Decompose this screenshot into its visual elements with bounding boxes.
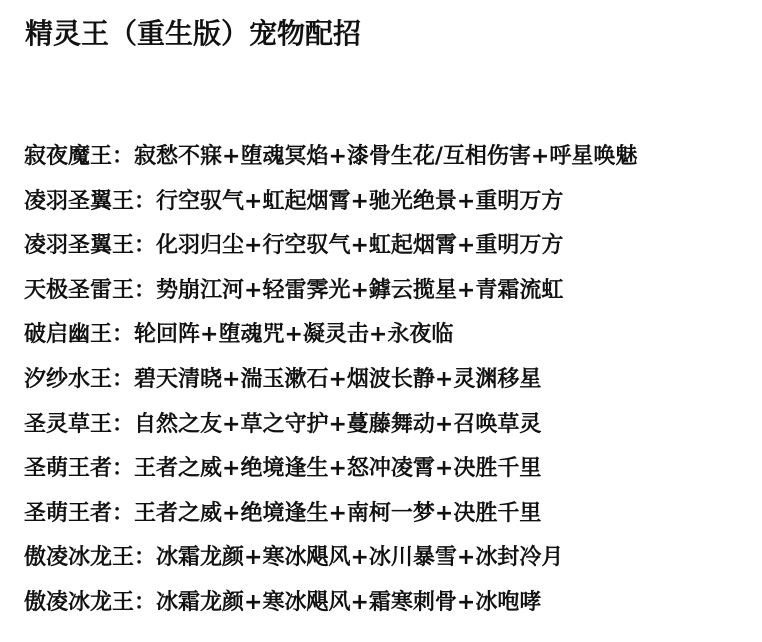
pet-name: 破启幽王 bbox=[24, 322, 112, 347]
pet-name: 圣灵草王 bbox=[24, 412, 112, 437]
pet-name: 凌羽圣翼王 bbox=[24, 189, 134, 214]
pet-moves: 自然之友+草之守护+蔓藤舞动+召唤草灵 bbox=[134, 412, 541, 437]
pet-moveset-list: 寂夜魔王：寂愁不寐+堕魂冥焰+漆骨生花/互相伤害+呼星唤魅 凌羽圣翼王：行空驭气… bbox=[24, 140, 637, 631]
document-page: 精灵王（重生版）宠物配招 寂夜魔王：寂愁不寐+堕魂冥焰+漆骨生花/互相伤害+呼星… bbox=[0, 0, 762, 642]
pet-moves: 势崩江河+轻雷霁光+鎼云揽星+青霜流虹 bbox=[156, 278, 563, 303]
list-item: 傲凌冰龙王：冰霜龙颜+寒冰飓风+霜寒刺骨+冰咆哮 bbox=[24, 586, 637, 631]
pet-name: 圣萌王者 bbox=[24, 456, 112, 481]
pet-moves: 王者之威+绝境逢生+南柯一梦+决胜千里 bbox=[134, 501, 541, 526]
separator: ： bbox=[134, 590, 156, 615]
pet-moves: 行空驭气+虹起烟霄+驰光绝景+重明万方 bbox=[156, 189, 563, 214]
list-item: 汐纱水王：碧天清晓+湍玉漱石+烟波长静+灵渊移星 bbox=[24, 363, 637, 408]
separator: ： bbox=[112, 412, 134, 437]
list-item: 凌羽圣翼王：行空驭气+虹起烟霄+驰光绝景+重明万方 bbox=[24, 185, 637, 230]
separator: ： bbox=[134, 189, 156, 214]
separator: ： bbox=[134, 278, 156, 303]
list-item: 寂夜魔王：寂愁不寐+堕魂冥焰+漆骨生花/互相伤害+呼星唤魅 bbox=[24, 140, 637, 185]
pet-moves: 冰霜龙颜+寒冰飓风+霜寒刺骨+冰咆哮 bbox=[156, 590, 541, 615]
pet-moves: 化羽归尘+行空驭气+虹起烟霄+重明万方 bbox=[156, 233, 563, 258]
list-item: 圣萌王者：王者之威+绝境逢生+南柯一梦+决胜千里 bbox=[24, 497, 637, 542]
pet-moves: 轮回阵+堕魂咒+凝灵击+永夜临 bbox=[134, 322, 453, 347]
list-item: 天极圣雷王：势崩江河+轻雷霁光+鎼云揽星+青霜流虹 bbox=[24, 274, 637, 319]
list-item: 圣萌王者：王者之威+绝境逢生+怒冲凌霄+决胜千里 bbox=[24, 452, 637, 497]
separator: ： bbox=[112, 456, 134, 481]
pet-name: 圣萌王者 bbox=[24, 501, 112, 526]
separator: ： bbox=[112, 367, 134, 392]
separator: ： bbox=[112, 501, 134, 526]
separator: ： bbox=[134, 545, 156, 570]
list-item: 傲凌冰龙王：冰霜龙颜+寒冰飓风+冰川暴雪+冰封冷月 bbox=[24, 541, 637, 586]
separator: ： bbox=[134, 233, 156, 258]
page-title: 精灵王（重生版）宠物配招 bbox=[25, 14, 361, 54]
pet-name: 天极圣雷王 bbox=[24, 278, 134, 303]
separator: ： bbox=[112, 322, 134, 347]
pet-name: 汐纱水王 bbox=[24, 367, 112, 392]
list-item: 破启幽王：轮回阵+堕魂咒+凝灵击+永夜临 bbox=[24, 318, 637, 363]
pet-name: 寂夜魔王 bbox=[24, 144, 112, 169]
separator: ： bbox=[112, 144, 134, 169]
list-item: 圣灵草王：自然之友+草之守护+蔓藤舞动+召唤草灵 bbox=[24, 408, 637, 453]
pet-moves: 碧天清晓+湍玉漱石+烟波长静+灵渊移星 bbox=[134, 367, 541, 392]
pet-moves: 寂愁不寐+堕魂冥焰+漆骨生花/互相伤害+呼星唤魅 bbox=[134, 144, 637, 169]
list-item: 凌羽圣翼王：化羽归尘+行空驭气+虹起烟霄+重明万方 bbox=[24, 229, 637, 274]
pet-name: 凌羽圣翼王 bbox=[24, 233, 134, 258]
pet-name: 傲凌冰龙王 bbox=[24, 590, 134, 615]
pet-name: 傲凌冰龙王 bbox=[24, 545, 134, 570]
pet-moves: 王者之威+绝境逢生+怒冲凌霄+决胜千里 bbox=[134, 456, 541, 481]
pet-moves: 冰霜龙颜+寒冰飓风+冰川暴雪+冰封冷月 bbox=[156, 545, 563, 570]
